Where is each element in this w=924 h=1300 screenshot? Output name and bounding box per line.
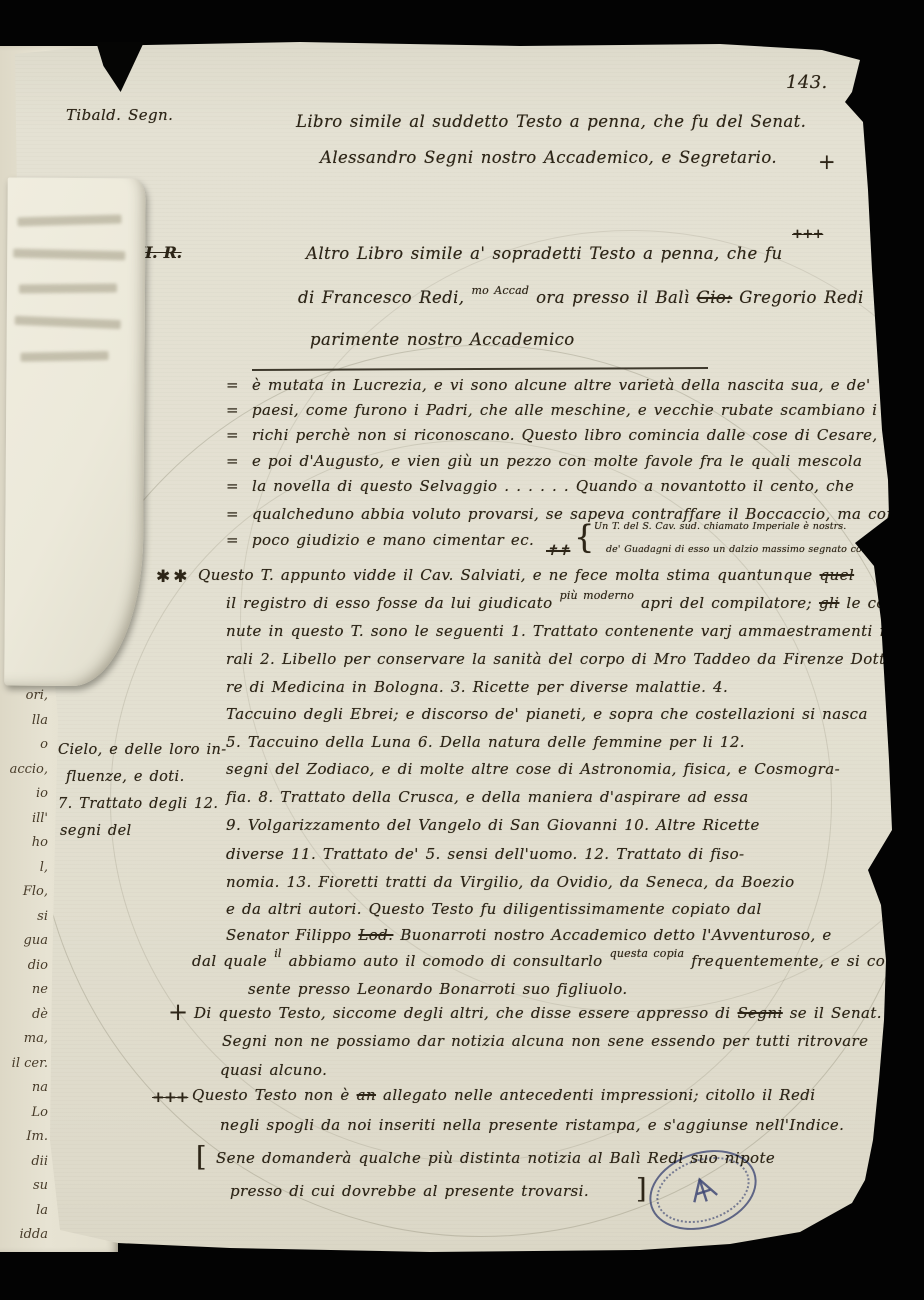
starred-line: re di Medicina in Bologna. 3. Ricette pe… — [226, 678, 728, 696]
interlinear-note-line2: de' Guadagni di esso un dalzio massimo s… — [606, 544, 903, 555]
margin-note-line: segni del — [60, 823, 132, 839]
quote-dash: = — [226, 531, 239, 549]
struck-word: Lod. — [358, 926, 393, 944]
starred-line: nute in questo T. sono le seguenti 1. Tr… — [226, 622, 909, 640]
slip-showthrough-line — [13, 249, 125, 261]
entry-redi-line1: Altro Libro simile a' sopradetti Testo a… — [306, 244, 783, 263]
triplecross-line4: presso di cui dovrebbe al presente trova… — [230, 1182, 589, 1200]
entry-redi-line2-mid: ora presso il Balì — [536, 288, 690, 307]
page-fragment: ori, — [2, 688, 48, 713]
page-fragment: su — [2, 1178, 48, 1203]
entry-redi-line2-pre: di Francesco Redi, — [298, 288, 464, 307]
struck-word: Gio: — [697, 288, 733, 307]
margin-note-line: 7. Trattato degli 12. — [58, 796, 218, 812]
starred-line: rali 2. Libello per conservare la sanità… — [226, 650, 900, 668]
page-fragment: dio — [2, 958, 48, 983]
quote-line: la novella di questo Selvaggio . . . . .… — [252, 477, 854, 495]
starred-line2-mid: apri del compilatore; — [641, 594, 812, 612]
struck-daggers: ✝✝ — [546, 543, 570, 559]
quote-dash: = — [226, 505, 239, 523]
page-fragment: la — [2, 1203, 48, 1228]
starred-line15-pre: dal quale — [192, 952, 267, 970]
page-fragment: ho — [2, 835, 48, 860]
starred-line15: dal quale il abbiamo auto il comodo di c… — [192, 952, 924, 970]
quote-dash: = — [226, 452, 239, 470]
starred-line14-post: Buonarroti nostro Accademico detto l'Avv… — [400, 926, 831, 944]
page-fragment: si — [2, 909, 48, 934]
starred-line: diverse 11. Trattato de' 5. sensi dell'u… — [226, 845, 744, 863]
starred-line1: Questo T. appunto vidde il Cav. Salviati… — [198, 566, 854, 584]
starred-line2-pre: il registro di esso fosse da lui giudica… — [226, 594, 553, 612]
slip-showthrough-line — [15, 316, 121, 329]
cross-mark: + — [168, 998, 189, 1026]
struck-word: quel — [820, 566, 855, 584]
page-fragment: na — [2, 1080, 48, 1105]
insert-brace: { — [574, 518, 595, 556]
page-fragment: dè — [2, 1007, 48, 1032]
interlinear-note-line1: Un T. del S. Cav. sud. chiamato Imperial… — [594, 521, 846, 532]
struck-word: gli — [819, 594, 839, 612]
entry-redi-line2: di Francesco Redi, mo Accad ora presso i… — [298, 288, 864, 307]
quote-line: paesi, come furono i Padri, che alle mes… — [252, 401, 914, 419]
starred-line: 9. Volgarizzamento del Vangelo di San Gi… — [226, 816, 760, 834]
manuscript-photo: ori, lla o accio, io ill' ho l, Flo, si … — [0, 0, 924, 1300]
page-fragment: Flo, — [2, 884, 48, 909]
page-fragment: o — [2, 737, 48, 762]
cross-mark: + — [818, 150, 836, 174]
page-fragment: Lo — [2, 1105, 48, 1130]
triplecross-line2: negli spogli da noi inseriti nella prese… — [220, 1116, 844, 1134]
previous-page-fragments-column: ori, lla o accio, io ill' ho l, Flo, si … — [2, 688, 48, 1252]
struck-word: Segni — [737, 1004, 782, 1022]
quote-dash: = — [226, 477, 239, 495]
entry-redi-line3: parimente nostro Accademico — [310, 330, 575, 349]
starred-line14: Senator Filippo Lod. Buonarroti nostro A… — [226, 926, 832, 944]
starred-line: segni del Zodiaco, e di molte altre cose… — [226, 760, 840, 778]
page-fragment: il cer. — [2, 1056, 48, 1081]
starred-line: fia. 8. Trattato della Crusca, e della m… — [226, 788, 749, 806]
interlinear-insert: mo Accad — [471, 284, 529, 297]
page-fragment: gua — [2, 933, 48, 958]
slip-showthrough-line — [17, 215, 121, 227]
page-fragment: dii — [2, 1154, 48, 1179]
entry-redi-line2-post: Gregorio Redi — [739, 288, 864, 307]
quote-dash: = — [226, 401, 239, 419]
quote-line: è mutata in Lucrezia, e vi sono alcune a… — [252, 376, 871, 394]
slip-showthrough-line — [19, 283, 117, 293]
bracket-open: [ — [196, 1142, 207, 1173]
starred-line2-post: le cose conte- — [846, 594, 924, 612]
starred-line15-mid: abbiamo auto il comodo di consultarlo — [289, 952, 603, 970]
starred-line14-pre: Senator Filippo — [226, 926, 351, 944]
triplecross-line1-pre: Questo Testo non è — [192, 1086, 350, 1104]
starred-line: Taccuino degli Ebrei; e discorso de' pia… — [226, 705, 868, 723]
cross-line1-pre: Di questo Testo, siccome degli altri, ch… — [194, 1004, 730, 1022]
triple-cross-mark: +++ — [152, 1088, 188, 1106]
starred-line: 5. Taccuino della Luna 6. Della natura d… — [226, 733, 745, 751]
double-star-mark: ✱✱ — [156, 567, 191, 587]
page-fragment: accio, — [2, 762, 48, 787]
cross-line3: quasi alcuno. — [220, 1061, 327, 1079]
page-fragment: ne — [2, 982, 48, 1007]
cross-line2: Segni non ne possiamo dar notizia alcuna… — [222, 1032, 868, 1050]
quote-line: richi perchè non si riconoscano. Questo … — [252, 426, 878, 444]
starred-line2: il registro di esso fosse da lui giudica… — [226, 594, 924, 612]
interlinear-insert: il — [274, 947, 281, 960]
margin-note-line: Cielo, e delle loro in- — [58, 742, 227, 758]
slip-showthrough-line — [20, 351, 108, 362]
starred-line15-post: frequentemente, e si conserva al pre- — [691, 952, 924, 970]
interlinear-insert: più moderno — [560, 589, 635, 602]
page-fragment: idda — [2, 1227, 48, 1252]
page-fragment: l, — [2, 860, 48, 885]
triplecross-line1: Questo Testo non è an allegato nelle ant… — [192, 1086, 815, 1104]
page-fragment: ma, — [2, 1031, 48, 1056]
page-fragment: ill' — [2, 811, 48, 836]
triplecross-line1-post: allegato nelle antecedenti impressioni; … — [383, 1086, 815, 1104]
page-fragment: io — [2, 786, 48, 811]
cross-line1-post: se il Senat. — [790, 1004, 882, 1022]
quote-dash: = — [226, 376, 239, 394]
margin-note-line: fluenze, e doti. — [66, 769, 185, 785]
quote-dash: = — [226, 426, 239, 444]
quote-line: poco giudizio e mano cimentar ec. — [252, 531, 534, 549]
folio-number: 143. — [786, 72, 828, 93]
starred-line: e da altri autori. Questo Testo fu dilig… — [226, 900, 762, 918]
cross-line1: Di questo Testo, siccome degli altri, ch… — [194, 1004, 882, 1022]
inserted-slip — [4, 178, 146, 687]
quote-line: e poi d'Augusto, e vien giù un pezzo con… — [252, 452, 862, 470]
collation-note: Tibald. Segn. — [66, 106, 173, 124]
entry-segni-line2: Alessandro Segni nostro Accademico, e Se… — [320, 148, 777, 167]
interlinear-insert: questa copia — [610, 947, 685, 960]
triple-cross-mark: +++ — [792, 227, 823, 242]
page-fragment: Im. — [2, 1129, 48, 1154]
struck-word: an — [357, 1086, 376, 1104]
page-fragment: lla — [2, 713, 48, 738]
starred-line1-text: Questo T. appunto vidde il Cav. Salviati… — [198, 566, 813, 584]
starred-line: nomia. 13. Fioretti tratti da Virgilio, … — [226, 873, 795, 891]
starred-line16: sente presso Leonardo Bonarroti suo figl… — [248, 980, 628, 998]
entry-segni-line1: Libro simile al suddetto Testo a penna, … — [296, 112, 806, 131]
